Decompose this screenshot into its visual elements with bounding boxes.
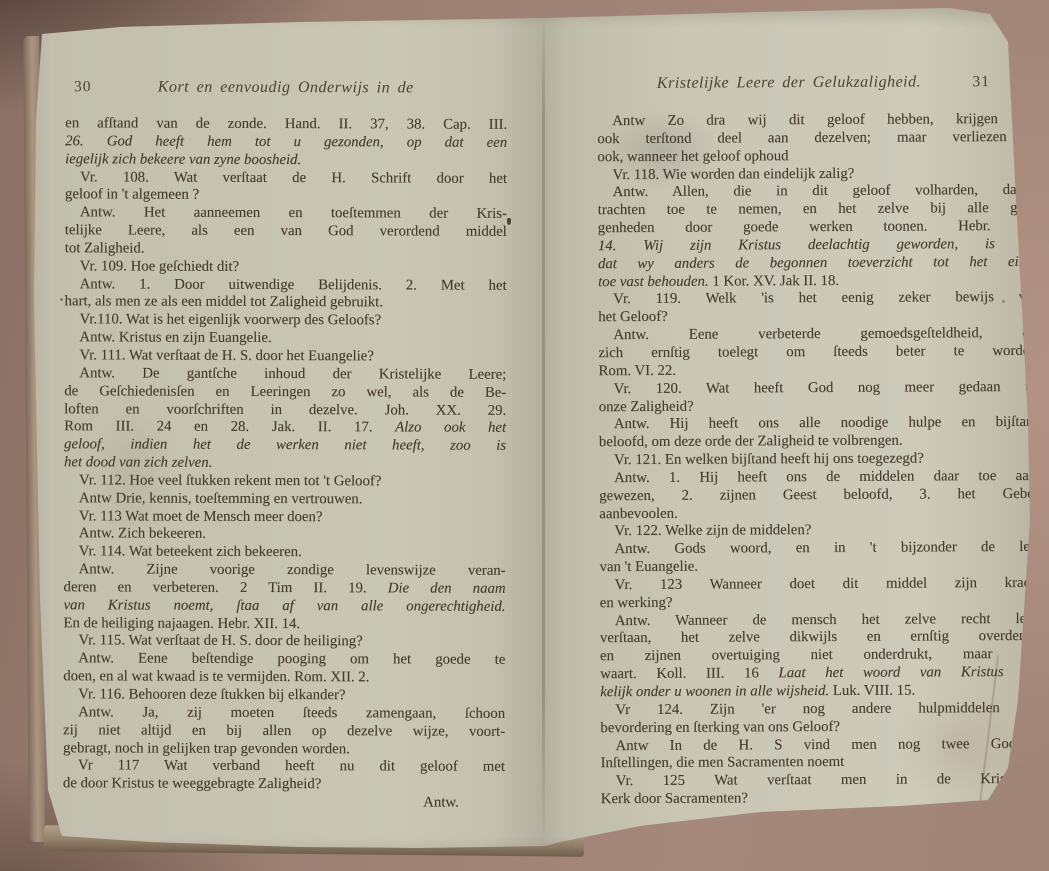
text-line: gewezen, 2. zijnen Geest beloofd, 3. het… xyxy=(599,486,1041,506)
text-line: Antw. Zijne voorige zondige levenswijze … xyxy=(64,561,506,580)
gutter-shadow xyxy=(542,16,545,848)
text-line: telijke Leere, als een van God verordend… xyxy=(65,222,507,241)
text-line: Vr. 116. Behooren deze ſtukken bij elkan… xyxy=(63,686,505,705)
text-line: Vr. 112. Hoe veel ſtukken rekent men tot… xyxy=(64,472,506,491)
text-line: de Geſchiedenisſen en Leeringen zo wel, … xyxy=(64,383,506,402)
left-page-body: en afſtand van de zonde. Hand. II. 37, 3… xyxy=(63,115,507,812)
text-line: Antw. Eene beſtendige pooging om het goe… xyxy=(63,651,505,670)
text-line: verſtaan, het zelve dikwijls en ernſtig … xyxy=(600,628,1042,648)
text-line: Antw. Wanneer de mensch het zelve recht … xyxy=(600,610,1042,630)
right-page-body: Antw Zo dra wij dit geloof hebben, krijg… xyxy=(597,111,1043,809)
text-line: Vr. 123 Wanneer doet dit middel zijn kra… xyxy=(600,575,1042,595)
text-line: Antw In de H. S vind men nog twee Godlij… xyxy=(600,735,1042,755)
text-line: waart. Koll. III. 16 Laat het woord van … xyxy=(600,664,1042,684)
book-spread: 30 Kort en eenvoudig Onderwijs in de Kri… xyxy=(0,0,1049,871)
text-line: geloof in 't algemeen ? xyxy=(65,187,507,206)
text-line: zich ernſtig toelegt om ſteeds beter te … xyxy=(598,343,1040,363)
ink-speck xyxy=(60,298,63,301)
text-line: Antw. Gods woord, en in 't bijzonder de … xyxy=(599,539,1041,559)
text-line: en zijnen overtuiging niet onderdrukt, m… xyxy=(600,646,1042,666)
book-photo: { "colors": { "table": "#9a7e71", "page"… xyxy=(0,0,1049,871)
text-line: doen, en al wat kwaad is te vermijden. R… xyxy=(63,668,505,687)
text-line: iegelijk zich bekeere van zyne boosheid. xyxy=(65,151,507,170)
text-line: bevordering en ſterking van ons Geloof? xyxy=(600,718,1042,738)
text-line: Antw. 1. Hij heeft ons de middelen daar … xyxy=(599,468,1041,488)
text-line: trachten toe te nemen, en het zelve bij … xyxy=(598,200,1040,220)
text-line: gebragt, noch in gelijken trap gevonden … xyxy=(63,740,505,759)
text-line: Vr. 113 Wat moet de Mensch meer doen? xyxy=(64,508,506,527)
text-line: onze Zaligheid? xyxy=(599,396,1041,416)
text-line: Antw. Kristus en zijn Euangelie. xyxy=(64,329,506,348)
text-line: tot Zaligheid. xyxy=(65,240,507,259)
text-line: van Kristus noemt, ſtaa af van alle onge… xyxy=(63,597,505,616)
text-line: Vr. 118. Wie worden dan eindelijk zalig? xyxy=(597,164,1039,184)
text-line: Antw. Allen, die in dit geloof volharden… xyxy=(598,182,1040,202)
left-page-number: 30 xyxy=(74,78,92,96)
text-line: Vr.110. Wat is het eigenlijk voorwerp de… xyxy=(64,312,506,331)
text-line: 26. God heeft hem tot u gezonden, op dat… xyxy=(65,133,507,152)
text-line: 14. Wij zijn Kristus deelachtig geworden… xyxy=(598,236,1040,256)
left-running-title: Kort en eenvoudig Onderwijs in de xyxy=(158,79,440,98)
text-line: Antw. De gantſche inhoud der Kristelijke… xyxy=(64,365,506,384)
text-line: ook terſtond deel aan dezelven; maar ver… xyxy=(597,129,1039,149)
text-line: dat wy anders de begonnen toeverzicht to… xyxy=(598,254,1040,274)
text-line: aanbevoolen. xyxy=(599,503,1041,523)
text-line: zij niet altijd en bij allen op dezelve … xyxy=(63,722,505,741)
text-line: Inſtellingen, die men Sacramenten noemt xyxy=(601,753,1043,773)
text-line: en afſtand van de zonde. Hand. II. 37, 3… xyxy=(65,115,507,134)
text-line: het Geloof? xyxy=(598,307,1040,327)
text-line: En de heiliging najaagen. Hebr. XII. 14. xyxy=(63,615,505,634)
text-line: geloof, indien het de werken niet heeft,… xyxy=(64,436,506,455)
text-line: Vr. 109. Hoe geſchiedt dit? xyxy=(65,258,507,277)
text-line: Vr. 122. Welke zijn de middelen? xyxy=(599,521,1041,541)
text-line: Rom III. 24 en 28. Jak. II. 17. Alzo ook… xyxy=(64,419,506,438)
text-line: Vr. 111. Wat verſtaat de H. S. door het … xyxy=(64,347,506,366)
ink-speck xyxy=(507,218,511,225)
text-line: genheden door goede werken toonen. Hebr.… xyxy=(598,218,1040,238)
right-page-number: 31 xyxy=(972,73,990,91)
text-line: Vr. 114. Wat beteekent zich bekeeren. xyxy=(64,543,506,562)
text-line: het dood van zich zelven. xyxy=(64,454,506,473)
text-line: de door Kristus te weeggebragte Zalighei… xyxy=(63,775,505,794)
text-line: en werking? xyxy=(600,593,1042,613)
text-line: Antw. 1. Door uitwendige Belijdenis. 2. … xyxy=(65,276,507,295)
text-line: Antw. Zich bekeeren. xyxy=(64,526,506,545)
text-line: Vr. 115. Wat verſtaat de H. S. door de h… xyxy=(63,633,505,652)
text-line: Vr. 125 Wat verſtaat men in de Kristelij… xyxy=(601,771,1043,791)
right-page-header: Kristelijke Leere der Gelukzaligheid. 31 xyxy=(598,73,1040,93)
text-line: Antw. Ja, zij moeten ſteeds zamengaan, ſ… xyxy=(63,704,505,723)
text-line: Antw. Eene verbeterde gemoedsgeſteldheid… xyxy=(598,325,1040,345)
text-line: Vr. 108. Wat verſtaat de H. Schrift door… xyxy=(65,169,507,188)
text-line: Vr. 121. En welken bijſtand heeft hij on… xyxy=(599,450,1041,470)
text-line: Rom. VI. 22. xyxy=(598,361,1040,381)
text-line: Antw Zo dra wij dit geloof hebben, krijg… xyxy=(597,111,1039,131)
text-line: Antw. Het aanneemen en toeſtemmen der Kr… xyxy=(65,204,507,223)
text-line: Vr. 120. Wat heeft God nog meer gedaan t… xyxy=(599,379,1041,399)
text-line: deren en verbeteren. 2 Tim II. 19. Die d… xyxy=(64,579,506,598)
text-line: toe vast behouden. 1 Kor. XV. Jak II. 18… xyxy=(598,271,1040,291)
right-running-title: Kristelijke Leere der Gelukzaligheid. xyxy=(657,73,981,93)
text-line: van 't Euangelie. xyxy=(600,557,1042,577)
text-line: Vr. 119. Welk 'is het eenig zeker bewijs… xyxy=(598,289,1040,309)
text-line: hart, als men ze als een middel tot Zali… xyxy=(65,294,507,313)
text-line: Antw Drie, kennis, toeſtemming en vertro… xyxy=(64,490,506,509)
text-line: Vr 117 Wat verband heeft nu dit geloof m… xyxy=(63,758,505,777)
left-page-header: 30 Kort en eenvoudig Onderwijs in de xyxy=(64,78,506,98)
text-line: Antw. Hij heeft ons alle noodige hulpe e… xyxy=(599,414,1041,434)
text-line: beloofd, om deze orde der Zaligheid te v… xyxy=(599,432,1041,452)
text-line: loften en voorſchriften in dezelve. Joh.… xyxy=(64,401,506,420)
text-line: kelijk onder u woonen in alle wijsheid. … xyxy=(600,682,1042,702)
text-line: Vr 124. Zijn 'er nog andere hulpmiddelen… xyxy=(600,700,1042,720)
catchword-line: Antw. xyxy=(63,793,505,812)
text-line: ook, wanneer het geloof ophoud xyxy=(597,147,1039,167)
